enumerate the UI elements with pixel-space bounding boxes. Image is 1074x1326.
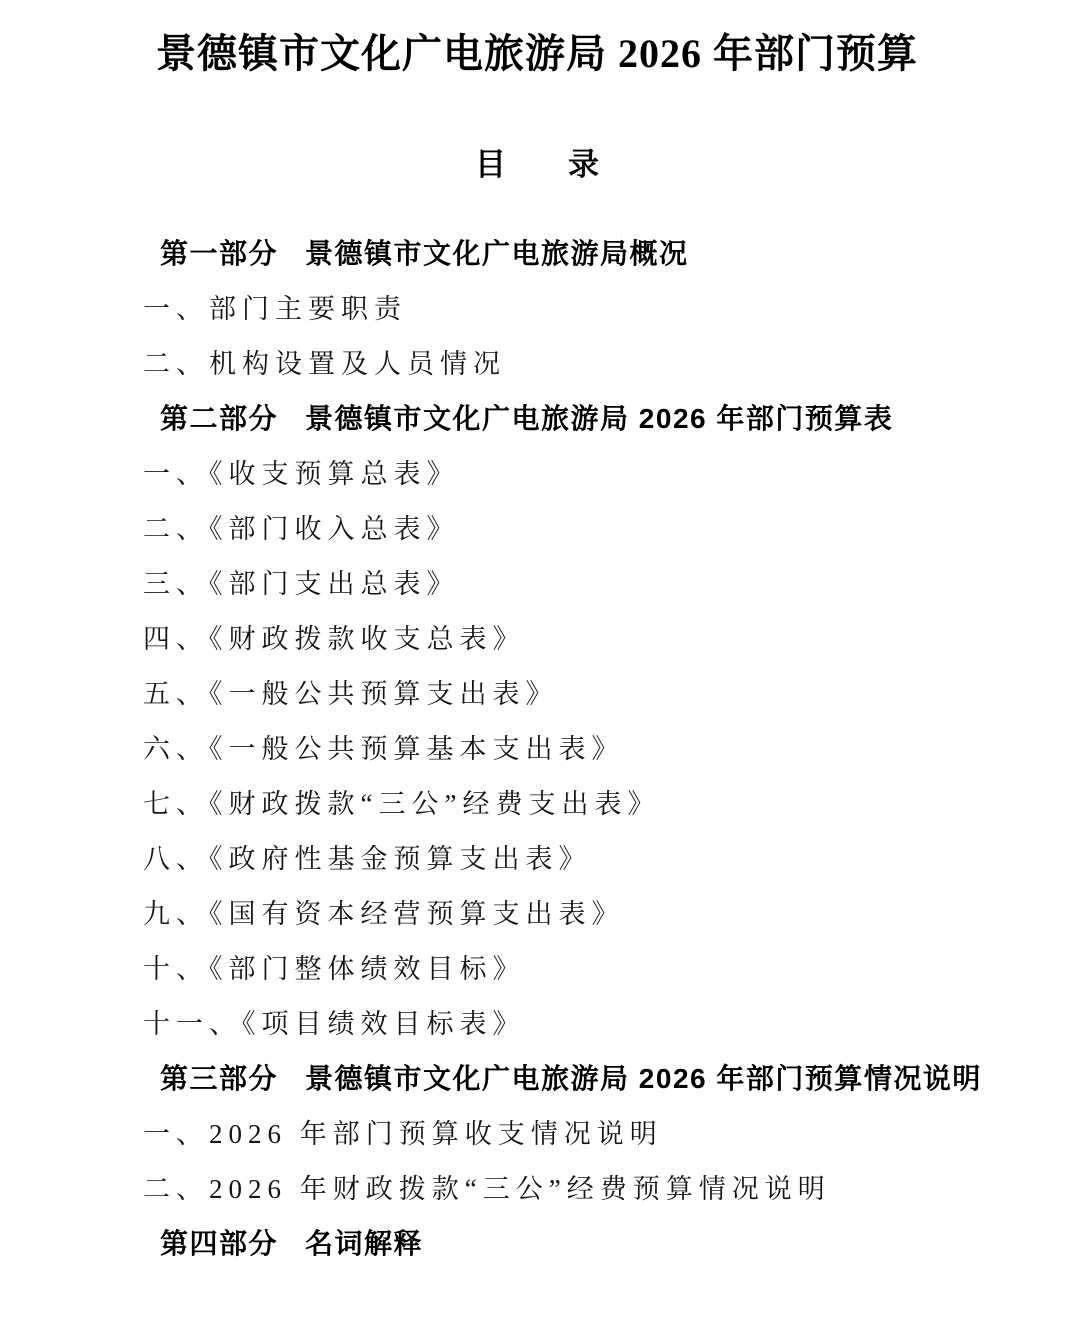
document-page: 景德镇市文化广电旅游局 2026 年部门预算 目 录 第一部分景德镇市文化广电旅… — [0, 0, 1074, 1326]
toc-entry: 二、2026 年财政拨款“三公”经费预算情况说明 — [0, 1159, 1074, 1214]
toc-section-title: 景德镇市文化广电旅游局 2026 年部门预算表 — [305, 397, 893, 437]
toc-entry-text: 一、《收支预算总表》 — [143, 452, 460, 491]
toc-section-part-label: 第四部分 — [160, 1222, 278, 1262]
toc-entry-text: 六、《一般公共预算基本支出表》 — [143, 727, 625, 766]
toc-entry: 二、《部门收入总表》 — [0, 499, 1074, 554]
toc-entry: 九、《国有资本经营预算支出表》 — [0, 884, 1074, 939]
toc-entry-text: 二、《部门收入总表》 — [143, 507, 460, 546]
toc-entry-text: 四、《财政拨款收支总表》 — [143, 617, 526, 656]
toc-entry-text: 三、《部门支出总表》 — [143, 562, 460, 601]
toc-section-2: 第二部分景德镇市文化广电旅游局 2026 年部门预算表 — [0, 389, 1074, 444]
toc-entry: 一、2026 年部门预算收支情况说明 — [0, 1104, 1074, 1159]
toc-entry-text: 一、2026 年部门预算收支情况说明 — [143, 1112, 663, 1151]
toc-entry: 十一、《项目绩效目标表》 — [0, 994, 1074, 1049]
toc-section-title: 景德镇市文化广电旅游局 2026 年部门预算情况说明 — [305, 1057, 982, 1097]
toc-entry: 六、《一般公共预算基本支出表》 — [0, 719, 1074, 774]
toc-section-title: 名词解释 — [305, 1222, 423, 1262]
toc-entry: 八、《政府性基金预算支出表》 — [0, 829, 1074, 884]
toc-entry: 一、《收支预算总表》 — [0, 444, 1074, 499]
toc-section-1: 第一部分景德镇市文化广电旅游局概况 — [0, 224, 1074, 279]
toc-section-part-label: 第一部分 — [160, 232, 278, 272]
toc-entry-text: 八、《政府性基金预算支出表》 — [143, 837, 592, 876]
toc-entry: 一、部门主要职责 — [0, 279, 1074, 334]
toc-entry-text: 二、2026 年财政拨款“三公”经费预算情况说明 — [143, 1167, 831, 1206]
toc-entry: 二、机构设置及人员情况 — [0, 334, 1074, 389]
toc-entry-text: 二、机构设置及人员情况 — [143, 342, 506, 381]
toc-entry: 十、《部门整体绩效目标》 — [0, 939, 1074, 994]
toc-section-title: 景德镇市文化广电旅游局概况 — [305, 232, 689, 272]
toc-entry: 三、《部门支出总表》 — [0, 554, 1074, 609]
toc-entry: 七、《财政拨款“三公”经费支出表》 — [0, 774, 1074, 829]
toc-entry-text: 十、《部门整体绩效目标》 — [143, 947, 526, 986]
toc-entry-text: 十一、《项目绩效目标表》 — [143, 1002, 526, 1041]
toc-entry: 四、《财政拨款收支总表》 — [0, 609, 1074, 664]
toc-entry-text: 七、《财政拨款“三公”经费支出表》 — [143, 782, 660, 821]
table-of-contents: 第一部分景德镇市文化广电旅游局概况 一、部门主要职责 二、机构设置及人员情况 第… — [0, 224, 1074, 1269]
toc-section-part-label: 第三部分 — [160, 1057, 278, 1097]
toc-entry: 五、《一般公共预算支出表》 — [0, 664, 1074, 719]
toc-section-3: 第三部分景德镇市文化广电旅游局 2026 年部门预算情况说明 — [0, 1049, 1074, 1104]
toc-section-4: 第四部分名词解释 — [0, 1214, 1074, 1269]
toc-entry-text: 九、《国有资本经营预算支出表》 — [143, 892, 625, 931]
toc-heading: 目 录 — [0, 146, 1074, 184]
toc-entry-text: 五、《一般公共预算支出表》 — [143, 672, 559, 711]
toc-entry-text: 一、部门主要职责 — [143, 287, 407, 326]
toc-section-part-label: 第二部分 — [160, 397, 278, 437]
document-title: 景德镇市文化广电旅游局 2026 年部门预算 — [0, 0, 1074, 80]
